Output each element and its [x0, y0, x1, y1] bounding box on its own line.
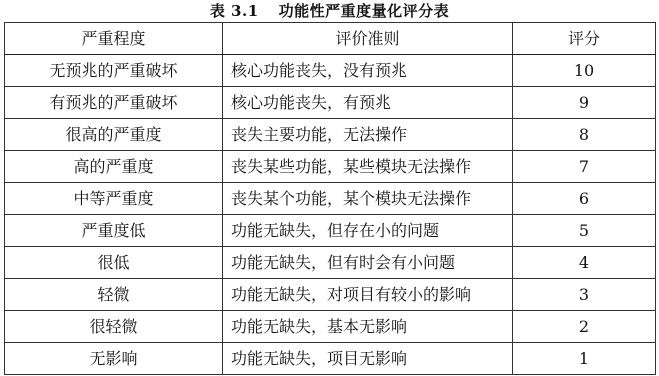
criteria-cell: 功能无缺失，但存在小的问题: [223, 215, 513, 247]
criteria-cell: 丧失某个功能，某个模块无法操作: [223, 183, 513, 215]
header-row: 严重程度 评价准则 评分: [5, 23, 656, 55]
criteria-cell: 核心功能丧失，没有预兆: [223, 55, 513, 87]
table-row: 轻微 功能无缺失，对项目有较小的影响 3: [5, 279, 656, 311]
severity-cell: 很低: [5, 247, 223, 279]
severity-cell: 无预兆的严重破坏: [5, 55, 223, 87]
severity-scoring-table: 严重程度 评价准则 评分 无预兆的严重破坏 核心功能丧失，没有预兆 10 有预兆…: [4, 22, 656, 375]
score-cell: 8: [513, 119, 656, 151]
table-row: 中等严重度 丧失某个功能，某个模块无法操作 6: [5, 183, 656, 215]
criteria-cell: 功能无缺失，但有时会有小问题: [223, 247, 513, 279]
score-cell: 4: [513, 247, 656, 279]
score-cell: 6: [513, 183, 656, 215]
severity-cell: 轻微: [5, 279, 223, 311]
score-cell: 9: [513, 87, 656, 119]
severity-cell: 很高的严重度: [5, 119, 223, 151]
severity-cell: 高的严重度: [5, 151, 223, 183]
score-cell: 10: [513, 55, 656, 87]
table-caption: 表 3.1功能性严重度量化评分表: [0, 1, 659, 21]
score-cell: 2: [513, 311, 656, 343]
criteria-cell: 功能无缺失，对项目有较小的影响: [223, 279, 513, 311]
criteria-cell: 丧失某些功能，某些模块无法操作: [223, 151, 513, 183]
severity-cell: 严重度低: [5, 215, 223, 247]
criteria-cell: 功能无缺失，项目无影响: [223, 343, 513, 375]
table-row: 有预兆的严重破坏 核心功能丧失，有预兆 9: [5, 87, 656, 119]
table-row: 很轻微 功能无缺失，基本无影响 2: [5, 311, 656, 343]
score-cell: 3: [513, 279, 656, 311]
table-row: 严重度低 功能无缺失，但存在小的问题 5: [5, 215, 656, 247]
score-cell: 1: [513, 343, 656, 375]
table-row: 很低 功能无缺失，但有时会有小问题 4: [5, 247, 656, 279]
criteria-cell: 功能无缺失，基本无影响: [223, 311, 513, 343]
criteria-cell: 核心功能丧失，有预兆: [223, 87, 513, 119]
severity-cell: 无影响: [5, 343, 223, 375]
severity-cell: 很轻微: [5, 311, 223, 343]
criteria-cell: 丧失主要功能，无法操作: [223, 119, 513, 151]
header-criteria: 评价准则: [223, 23, 513, 55]
score-cell: 5: [513, 215, 656, 247]
table-row: 高的严重度 丧失某些功能，某些模块无法操作 7: [5, 151, 656, 183]
table-row: 很高的严重度 丧失主要功能，无法操作 8: [5, 119, 656, 151]
table-number: 表 3.1: [210, 2, 259, 20]
table-row: 无预兆的严重破坏 核心功能丧失，没有预兆 10: [5, 55, 656, 87]
table-title: 功能性严重度量化评分表: [279, 2, 450, 20]
severity-cell: 中等严重度: [5, 183, 223, 215]
score-cell: 7: [513, 151, 656, 183]
header-severity: 严重程度: [5, 23, 223, 55]
severity-cell: 有预兆的严重破坏: [5, 87, 223, 119]
table-row: 无影响 功能无缺失，项目无影响 1: [5, 343, 656, 375]
header-score: 评分: [513, 23, 656, 55]
